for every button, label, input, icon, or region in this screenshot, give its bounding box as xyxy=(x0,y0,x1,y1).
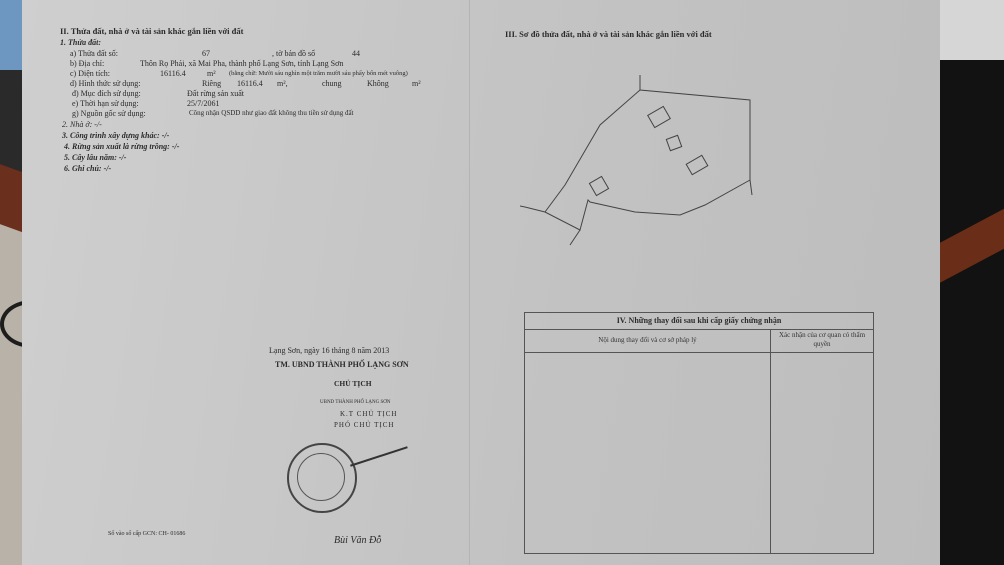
section3-title: III. Sơ đồ thửa đất, nhà ở và tài sản kh… xyxy=(505,29,712,39)
usage-shared-value: Không xyxy=(367,79,389,88)
perennial-item: 5. Cây lâu năm: -/- xyxy=(64,153,126,162)
origin-value: Công nhận QSDD như giao đất không thu ti… xyxy=(189,109,354,117)
kt-chairman: K.T CHỦ TỊCH xyxy=(340,410,397,418)
vice-chairman: PHÓ CHỦ TỊCH xyxy=(334,421,395,429)
usage-form-label: d) Hình thức sử dụng: xyxy=(70,79,140,88)
official-seal xyxy=(287,443,357,513)
land-heading: 1. Thửa đất: xyxy=(60,38,101,47)
plantation-item: 4. Rừng sản xuất là rừng trồng: -/- xyxy=(64,142,179,151)
address-label: b) Địa chỉ: xyxy=(70,59,104,68)
usage-private-value: 16116.4 xyxy=(237,79,263,88)
parcel-label: a) Thửa đất số: xyxy=(70,49,118,58)
fold-line xyxy=(469,0,470,565)
address-value: Thôn Rọ Phải, xã Mai Pha, thành phố Lạng… xyxy=(140,59,343,68)
usage-private: Riêng xyxy=(202,79,221,88)
parcel-map-diagram xyxy=(520,75,770,250)
notes-item: 6. Ghi chú: -/- xyxy=(64,164,111,173)
usage-unit: m², xyxy=(277,79,288,88)
certificate-page: II. Thửa đất, nhà ở và tài sản khác gắn … xyxy=(22,0,940,565)
column-authority-confirmation: Xác nhận của cơ quan có thẩm quyền xyxy=(771,330,873,352)
signer-name: Bùi Văn Đỗ xyxy=(334,535,381,546)
purpose-label: đ) Mục đích sử dụng: xyxy=(72,89,141,98)
area-words: (bằng chữ: Mười sáu nghìn một trăm mười … xyxy=(229,70,408,77)
section2-title: II. Thửa đất, nhà ở và tài sản khác gắn … xyxy=(60,26,243,36)
stamp-org-text: UBND THÀNH PHỐ LẠNG SƠN xyxy=(320,400,390,405)
house-item: 2. Nhà ở: -/- xyxy=(62,120,102,129)
registry-number: Số vào sổ cấp GCN: CH- 01686 xyxy=(108,531,185,537)
area-label: c) Diện tích: xyxy=(70,69,110,78)
usage-shared-unit: m² xyxy=(412,79,421,88)
purpose-value: Đất rừng sản xuất xyxy=(187,89,244,98)
area-value: 16116.4 xyxy=(160,69,186,78)
term-label: e) Thời hạn sử dụng: xyxy=(72,99,139,108)
signer-role: CHỦ TỊCH xyxy=(334,379,372,388)
date-line: Lạng Sơn, ngày 16 tháng 8 năm 2013 xyxy=(269,346,389,355)
background-right xyxy=(934,0,1004,565)
column-change-content: Nội dung thay đổi và cơ sở pháp lý xyxy=(525,330,770,352)
map-label: , tờ bản đồ số xyxy=(272,49,315,58)
section4-title: IV. Những thay đổi sau khi cấp giấy chứn… xyxy=(525,313,873,330)
issuing-org: TM. UBND THÀNH PHỐ LẠNG SƠN xyxy=(275,360,409,369)
other-construction-item: 3. Công trình xây dựng khác: -/- xyxy=(62,131,169,140)
usage-shared: chung xyxy=(322,79,342,88)
area-unit: m² xyxy=(207,69,216,78)
term-value: 25/7/2061 xyxy=(187,99,219,108)
changes-table: IV. Những thay đổi sau khi cấp giấy chứn… xyxy=(524,312,874,554)
column-divider xyxy=(770,330,771,553)
map-value: 44 xyxy=(352,49,360,58)
parcel-value: 67 xyxy=(202,49,210,58)
origin-label: g) Nguồn gốc sử dụng: xyxy=(72,109,146,118)
